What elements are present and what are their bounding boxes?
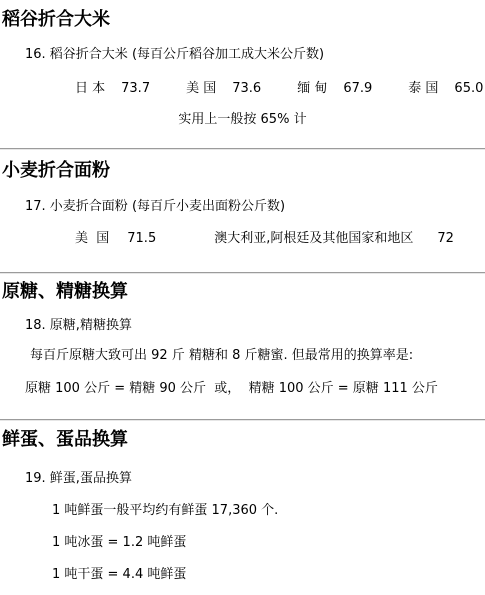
section-raw-refined-sugar: 原糖、精糖换算 18. 原糖,精糖换算 每百斤原糖大致可出 92 斤 精糖和 8… xyxy=(0,274,485,397)
rice-entry-thailand: 泰 国65.0 xyxy=(408,81,483,96)
country-name: 缅 甸 xyxy=(297,81,327,96)
sugar-conversion-line: 原糖 100 公斤 = 精糖 90 公斤 或， 精糖 100 公斤 = 原糖 1… xyxy=(25,381,485,397)
country-name: 美 国 xyxy=(75,231,109,246)
country-value: 73.7 xyxy=(121,81,150,96)
wheat-entry-australia-argentina: 澳大利亚,阿根廷及其他国家和地区72 xyxy=(214,231,454,246)
sugar-yield-line: 每百斤原糖大致可出 92 斤 精糖和 8 斤糖蜜. 但最常用的换算率是: xyxy=(30,348,485,364)
country-name: 澳大利亚,阿根廷及其他国家和地区 xyxy=(214,231,413,246)
country-name: 美 国 xyxy=(186,81,216,96)
section-wheat-to-flour: 小麦折合面粉 17. 小麦折合面粉 (每百斤小麦出面粉公斤数) 美 国71.5澳… xyxy=(0,150,485,247)
wheat-country-values-row: 美 国71.5澳大利亚,阿根廷及其他国家和地区72 xyxy=(75,231,485,247)
document-page: 稻谷折合大米 16. 稻谷折合大米 (每百公斤稻谷加工成大米公斤数) 日 本73… xyxy=(0,0,485,595)
country-name: 泰 国 xyxy=(408,81,438,96)
section-heading-wheat: 小麦折合面粉 xyxy=(2,150,485,181)
dried-egg-line: 1 吨干蛋 = 4.4 吨鲜蛋 xyxy=(52,567,485,583)
section-heading-rice: 稻谷折合大米 xyxy=(2,0,485,30)
item-19-line: 19. 鲜蛋,蛋品换算 xyxy=(25,471,485,487)
section-heading-sugar: 原糖、精糖换算 xyxy=(2,274,485,302)
wheat-entry-usa: 美 国71.5 xyxy=(75,231,156,246)
country-value: 67.9 xyxy=(343,81,372,96)
item-17-line: 17. 小麦折合面粉 (每百斤小麦出面粉公斤数) xyxy=(25,199,485,215)
section-fresh-egg-products: 鲜蛋、蛋品换算 19. 鲜蛋,蛋品换算 1 吨鲜蛋一般平均约有鲜蛋 17,360… xyxy=(0,421,485,583)
frozen-egg-line: 1 吨冰蛋 = 1.2 吨鲜蛋 xyxy=(52,535,485,551)
item-18-line: 18. 原糖,精糖换算 xyxy=(25,318,485,334)
rice-entry-usa: 美 国73.6 xyxy=(186,81,261,96)
rice-usage-note: 实用上一般按 65% 计 xyxy=(0,112,485,128)
rice-country-values-row: 日 本73.7美 国73.6缅 甸67.9泰 国65.0 xyxy=(75,81,485,97)
country-name: 日 本 xyxy=(75,81,105,96)
section-heading-egg: 鲜蛋、蛋品换算 xyxy=(2,421,485,450)
rice-entry-japan: 日 本73.7 xyxy=(75,81,150,96)
item-16-line: 16. 稻谷折合大米 (每百公斤稻谷加工成大米公斤数) xyxy=(25,47,485,63)
country-value: 73.6 xyxy=(232,81,261,96)
country-value: 72 xyxy=(437,231,454,246)
country-value: 71.5 xyxy=(127,231,156,246)
rice-entry-burma: 缅 甸67.9 xyxy=(297,81,372,96)
section-rice-to-milled-rice: 稻谷折合大米 16. 稻谷折合大米 (每百公斤稻谷加工成大米公斤数) 日 本73… xyxy=(0,0,485,128)
country-value: 65.0 xyxy=(454,81,483,96)
egg-count-line: 1 吨鲜蛋一般平均约有鲜蛋 17,360 个. xyxy=(52,503,485,519)
